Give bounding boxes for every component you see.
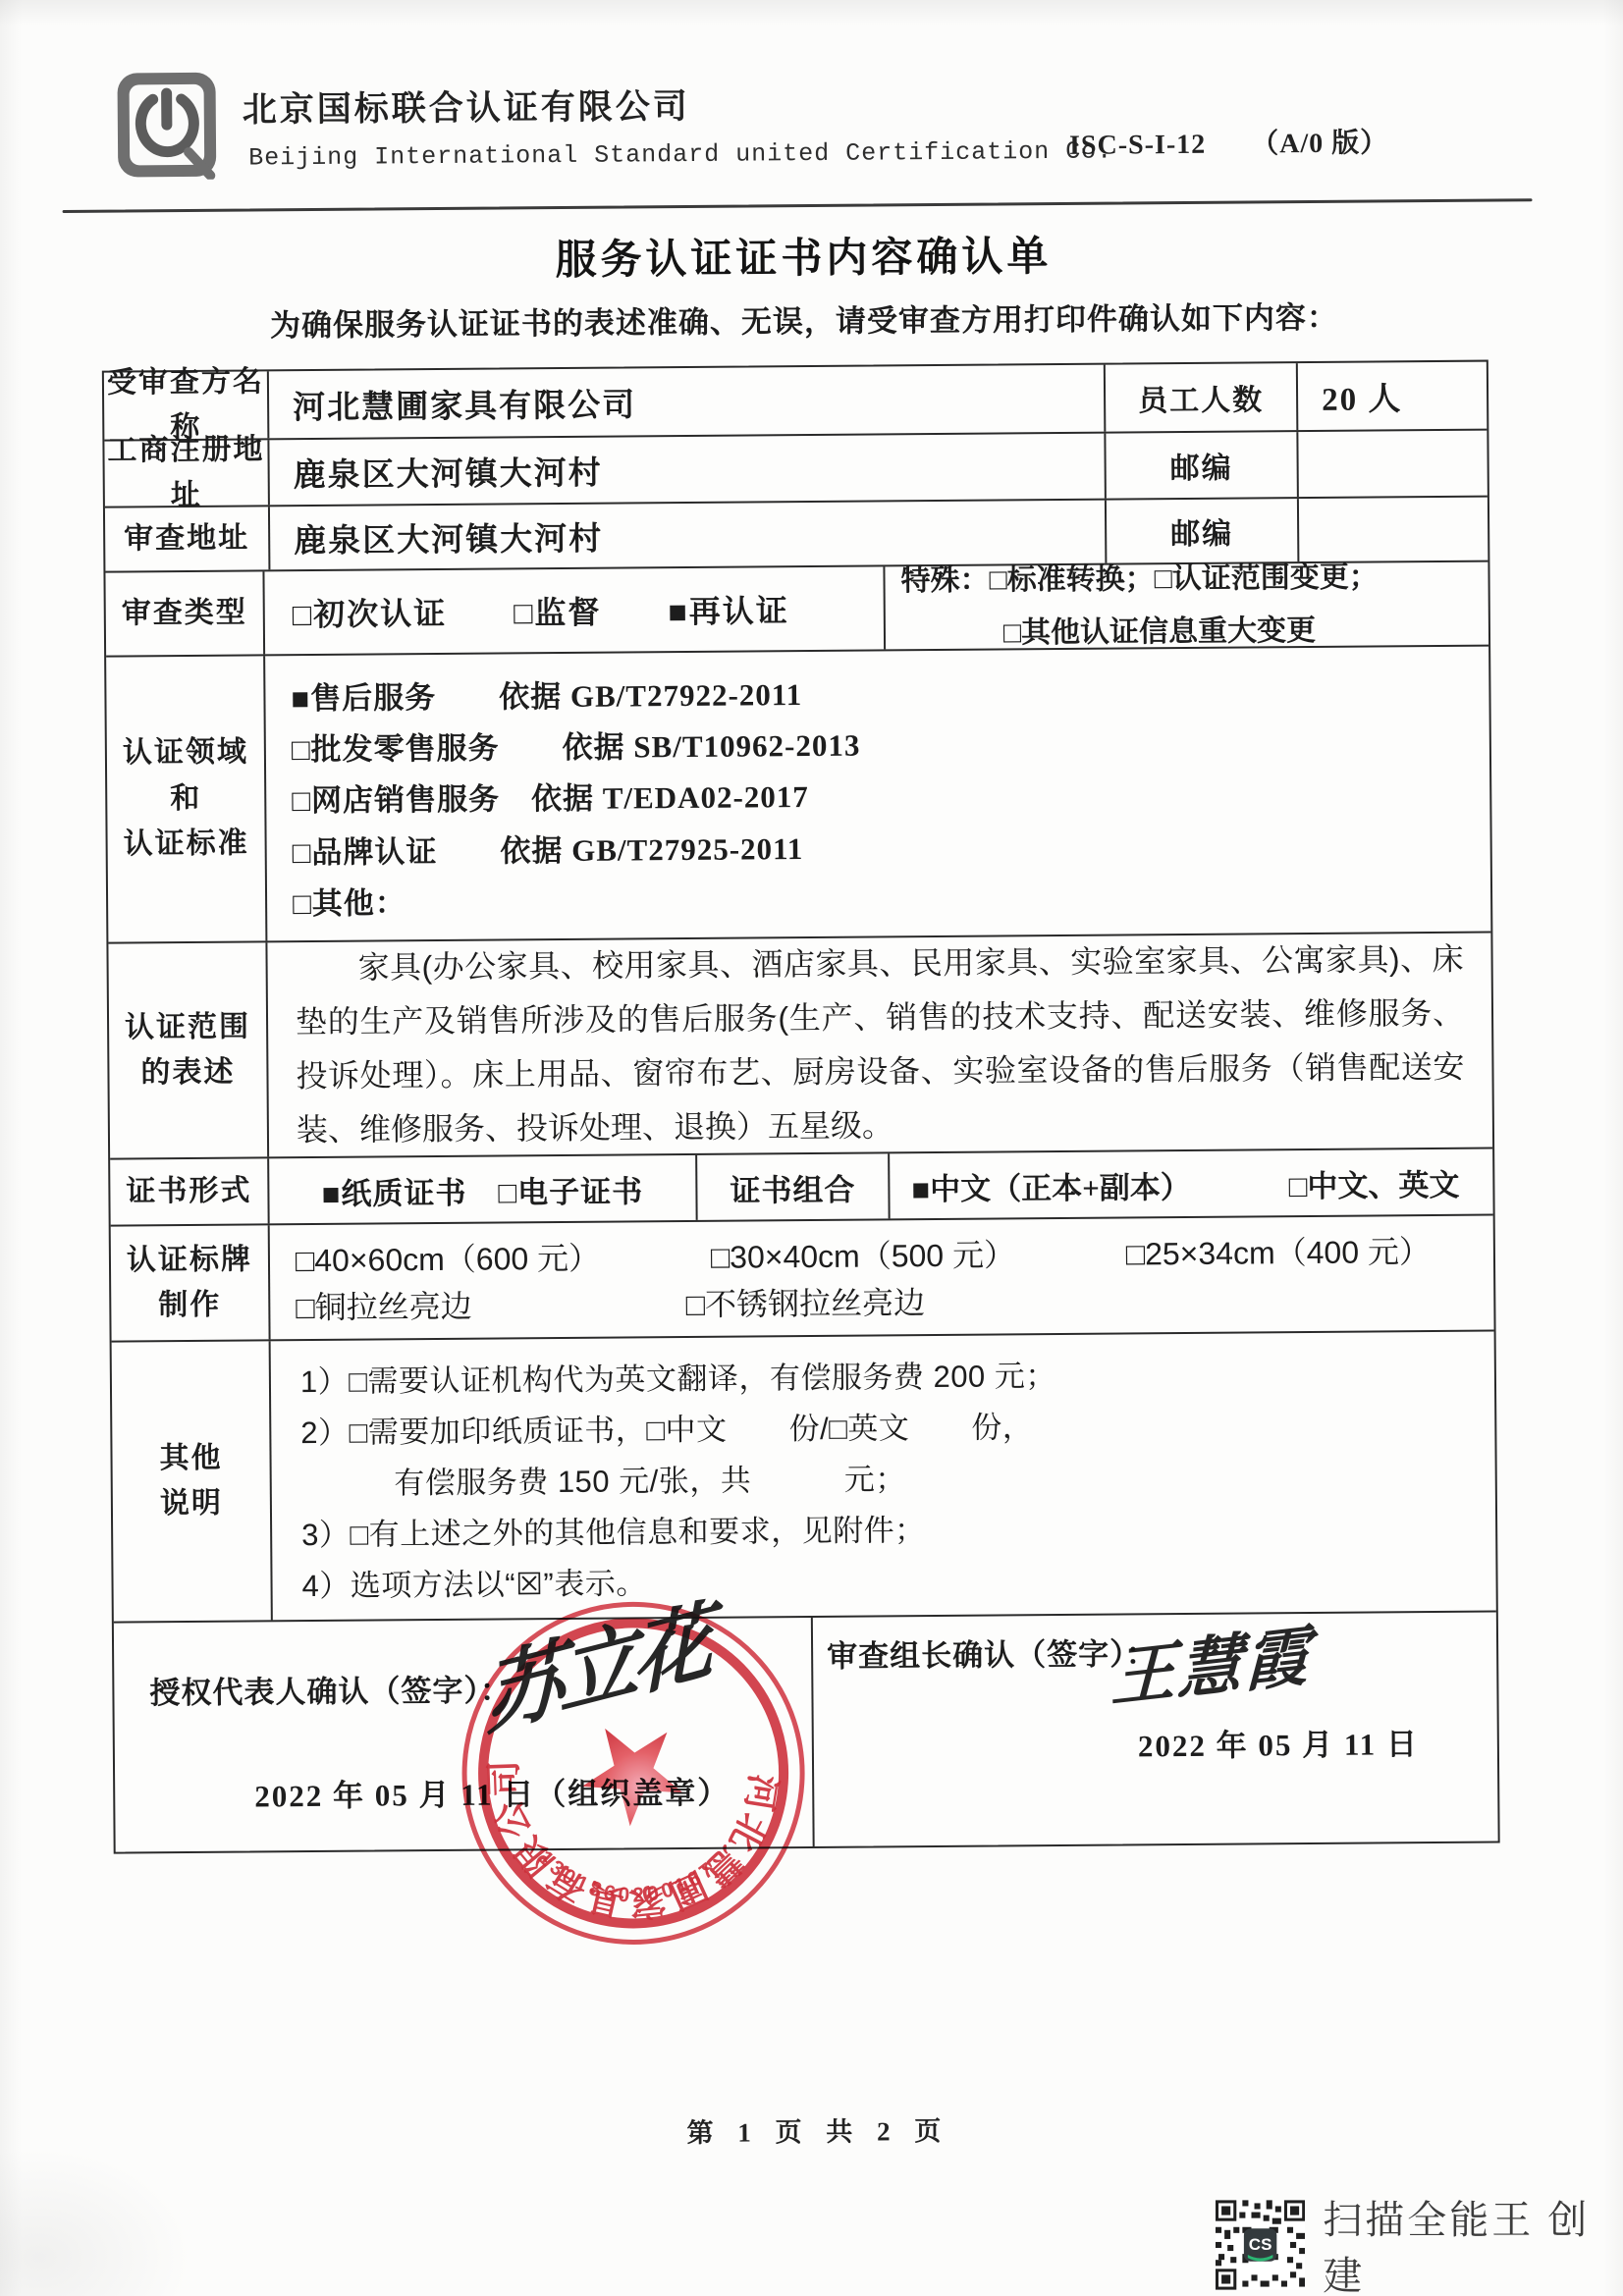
postcode-label-1: 邮编: [1106, 432, 1299, 499]
cert-form-options: ■纸质证书 □电子证书: [269, 1155, 698, 1223]
doc-code: ISC-S-I-12（A/0 版）: [1069, 121, 1388, 163]
cert-field-label-l3: 认证标准: [123, 822, 248, 869]
note-item-2b: 有偿服务费 150 元/张，共 元；: [301, 1454, 906, 1503]
cert-field-label-l2: 和: [170, 776, 201, 823]
cert-field-label: 认证领域 和 认证标准: [106, 656, 267, 941]
cert-field-item-online: □网店销售服务 依据 T/EDA02-2017: [292, 772, 809, 820]
plate-size-40x60: □40×60cm（600 元）: [296, 1234, 601, 1281]
cert-scope-label: 认证范围 的表述: [108, 942, 269, 1157]
plate-options: □40×60cm（600 元） □30×40cm（500 元） □25×34cm…: [270, 1216, 1494, 1340]
audit-leader-date: 2022 年 05 月 11 日: [1138, 1719, 1419, 1765]
plate-label-l1: 认证标牌: [127, 1237, 252, 1284]
intro-bold: 打印件: [1024, 302, 1118, 338]
plate-size-line: □40×60cm（600 元） □30×40cm（500 元） □25×34cm…: [296, 1227, 1470, 1281]
cert-combo-label: 证书组合: [697, 1153, 891, 1220]
table-row-registered-address: 工商注册地址 鹿泉区大河镇大河村 邮编: [104, 431, 1487, 508]
plate-edge-steel: □不锈钢拉丝亮边: [685, 1278, 925, 1325]
combo-option-bilingual: □中文、英文: [1288, 1159, 1459, 1204]
plate-edge-copper: □铜拉丝亮边: [296, 1282, 472, 1328]
note-item-2: 2）□需要加印纸质证书，□中文 份/□英文 份，: [300, 1402, 1033, 1452]
intro-prefix: 为确保服务认证证书的表述准确、无误，请受审查方用: [270, 302, 1024, 343]
doc-code-number: ISC-S-I-12: [1069, 130, 1206, 161]
plate-size-25x34: □25×34cm（400 元）: [1126, 1227, 1432, 1274]
intro-suffix: 确认如下内容：: [1118, 300, 1338, 337]
special-line-1: 特殊：□标准转换；□认证范围变更；: [900, 551, 1379, 608]
table-row-audit-type: 审查类型 □初次认证 □监督 ■再认证 特殊：□标准转换；□认证范围变更； □其…: [105, 562, 1488, 658]
audit-address-label: 审查地址: [105, 507, 270, 570]
page-number: 第 1 页 共 2 页: [7, 2104, 1623, 2155]
cert-field-item-wholesale: □批发零售服务 依据 SB/T10962-2013: [292, 721, 861, 770]
org-name-en: Beijing International Standard united Ce…: [248, 137, 1112, 173]
audit-type-label: 审查类型: [105, 571, 265, 655]
scanned-certification-form: 北京国标联合认证有限公司 Beijing International Stand…: [0, 0, 1623, 2296]
employee-count-label: 员工人数: [1106, 363, 1299, 432]
registered-address-value: 鹿泉区大河镇大河村: [269, 434, 1106, 506]
cert-field-label-l1: 认证领域: [123, 730, 248, 777]
cert-field-options: ■售后服务 依据 GB/T27922-2011 □批发零售服务 依据 SB/T1…: [265, 647, 1490, 941]
audit-leader-label: 审查组长确认（签字）：: [827, 1629, 1158, 1676]
company-logo-icon: [115, 70, 224, 186]
table-row-plate: 认证标牌 制作 □40×60cm（600 元） □30×40cm（500 元） …: [111, 1216, 1494, 1343]
other-notes-label-l2: 说明: [160, 1481, 223, 1527]
stamp-star-icon: [579, 1728, 686, 1830]
cert-field-item-brand: □品牌认证 依据 GB/T27925-2011: [293, 824, 804, 872]
cert-scope-label-l1: 认证范围: [125, 1004, 250, 1051]
auditee-name-value: 河北慧圃家具有限公司: [269, 365, 1107, 439]
table-row-other-notes: 其他 说明 1）□需要认证机构代为英文翻译，有偿服务费 200 元； 2）□需要…: [112, 1332, 1496, 1624]
note-item-3: 3）□有上述之外的其他信息和要求，见附件；: [301, 1505, 926, 1554]
cert-scope-label-l2: 的表述: [140, 1050, 235, 1096]
camscanner-label: 扫描全能王 创建: [1323, 2189, 1623, 2296]
cert-field-item-other: □其他：: [293, 878, 406, 923]
header-divider: [63, 198, 1533, 213]
page-title: 服务认证证书内容确认单: [0, 220, 1615, 292]
employee-count-value: 20 人: [1298, 362, 1488, 431]
table-row-cert-field-standards: 认证领域 和 认证标准 ■售后服务 依据 GB/T27922-2011 □批发零…: [106, 647, 1490, 944]
table-row-auditee-name: 受审查方名称 河北慧圃家具有限公司 员工人数 20 人: [104, 362, 1488, 442]
table-row-cert-scope: 认证范围 的表述 家具(办公家具、校用家具、酒店家具、民用家具、实验室家具、公寓…: [108, 934, 1492, 1160]
org-name-cn: 北京国标联合认证有限公司: [243, 80, 690, 133]
camscanner-watermark: CS 扫描全能王 创建: [1216, 2189, 1623, 2296]
note-item-1: 1）□需要认证机构代为英文翻译，有偿服务费 200 元；: [300, 1351, 1056, 1401]
other-notes-label-l1: 其他: [159, 1435, 222, 1481]
doc-code-version: （A/0 版）: [1251, 128, 1388, 159]
plate-label: 认证标牌 制作: [111, 1225, 271, 1340]
qr-code-icon: CS: [1216, 2199, 1305, 2291]
other-notes-list: 1）□需要认证机构代为英文翻译，有偿服务费 200 元； 2）□需要加印纸质证书…: [271, 1332, 1496, 1621]
cert-scope-text-cell: 家具(办公家具、校用家具、酒店家具、民用家具、实验室家具、公寓家具)、床垫的生产…: [267, 934, 1492, 1157]
registered-address-label: 工商注册地址: [104, 440, 270, 506]
plate-label-l2: 制作: [158, 1283, 221, 1329]
intro-line: 为确保服务认证证书的表述准确、无误，请受审查方用打印件确认如下内容：: [0, 291, 1616, 347]
special-audit-cell: 特殊：□标准转换；□认证范围变更； □其他认证信息重大变更: [885, 562, 1488, 650]
qr-badge-label: CS: [1249, 2235, 1272, 2254]
scan-content: 北京国标联合认证有限公司 Beijing International Stand…: [0, 0, 1623, 2296]
cert-combo-options: ■中文（正本+副本） □中文、英文: [890, 1149, 1492, 1219]
plate-size-30x40: □30×40cm（500 元）: [711, 1230, 1016, 1277]
postcode-value-1: [1298, 431, 1488, 498]
cert-field-item-aftersales: ■售后服务 依据 GB/T27922-2011: [291, 669, 802, 718]
plate-edge-line: □铜拉丝亮边 □不锈钢拉丝亮边: [296, 1274, 1470, 1328]
cert-form-label: 证书形式: [110, 1158, 270, 1224]
cert-scope-text: 家具(办公家具、校用家具、酒店家具、民用家具、实验室家具、公寓家具)、床垫的生产…: [295, 933, 1465, 1157]
audit-type-options: □初次认证 □监督 ■再认证: [264, 566, 886, 654]
combo-option-chinese: ■中文（正本+副本）: [911, 1161, 1191, 1207]
other-notes-label: 其他 说明: [112, 1341, 273, 1621]
table-row-cert-form: 证书形式 ■纸质证书 □电子证书 证书组合 ■中文（正本+副本） □中文、英文: [110, 1149, 1492, 1227]
